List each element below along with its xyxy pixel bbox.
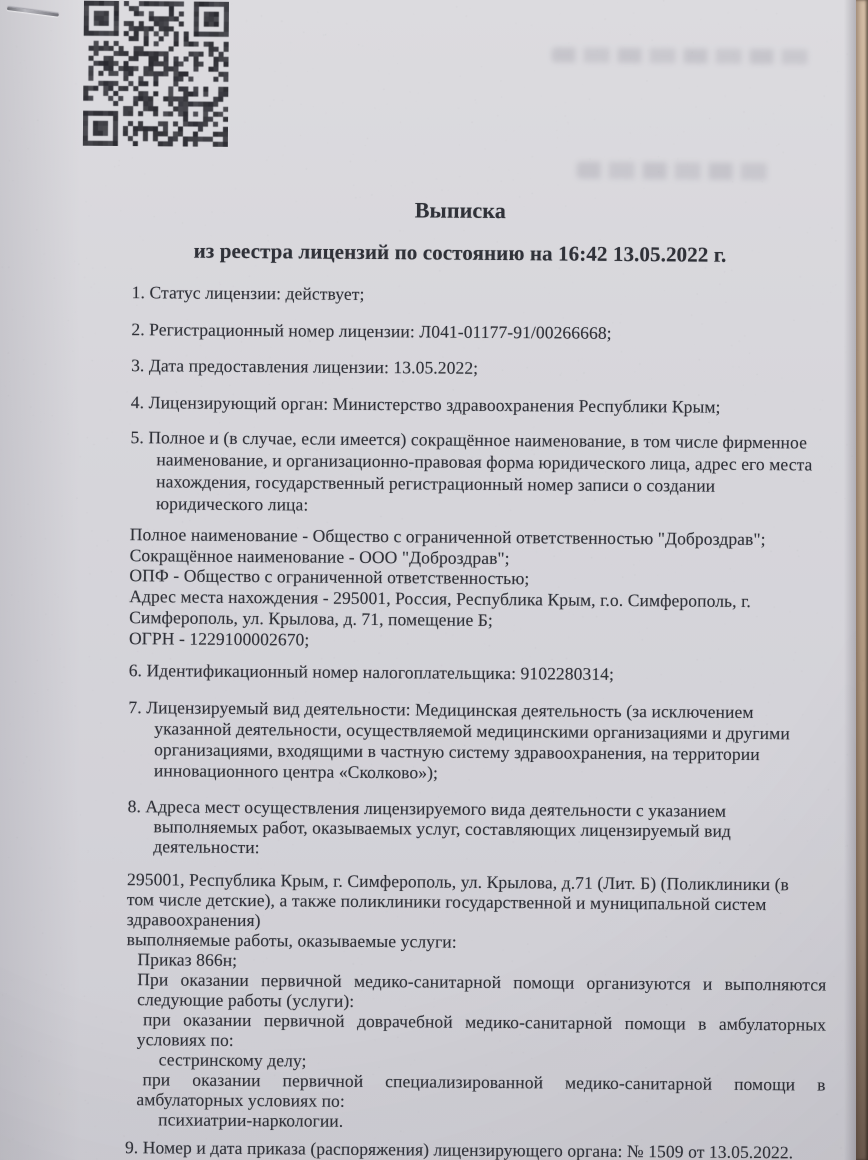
licensee-details: Полное наименование - Общество с огранич… [129,524,830,654]
activity-address: 295001, Республика Крым, г. Симферополь,… [127,869,827,934]
order-number-date: 9. Номер и дата приказа (распоряжения) л… [125,1137,825,1160]
document-title: Выписка [110,196,810,225]
taxpayer-id: 6. Идентификационный номер налогоплатель… [129,660,829,685]
licensing-authority: 4. Лицензирующий орган: Министерство здр… [131,392,831,417]
text-line: 2. Регистрационный номер лицензии: Л041-… [131,319,831,344]
text-line: ОГРН - 1229100002670; [129,628,829,654]
text-line: юридического лица: [130,492,830,519]
text-line: психиатрии-наркологии. [125,1109,825,1134]
specialized-care: при оказании первичной специализированно… [125,1069,825,1114]
staple [7,7,59,17]
text-line: 1. Статус лицензии: действует; [132,282,832,307]
licensee-names-heading: 5. Полное и (в случае, если имеется) сок… [130,426,831,519]
license-grant-date: 3. Дата предоставления лицензии: 13.05.2… [131,355,831,380]
primary-care-works: При оказании первичной медико-санитарной… [126,969,826,1014]
text-line: 4. Лицензирующий орган: Министерство здр… [131,392,831,417]
license-extract-document: Выписка из реестра лицензий по состоянию… [125,0,834,1160]
licensed-activity: 7. Лицензируемый вид деятельности: Медиц… [128,697,829,786]
license-reg-number: 2. Регистрационный номер лицензии: Л041-… [131,319,831,344]
text-line: 3. Дата предоставления лицензии: 13.05.2… [131,355,831,380]
pre-medical-care: при оказании первичной доврачебной медик… [126,1009,826,1054]
paper-sheet: Выписка из реестра лицензий по состоянию… [0,0,868,1160]
photo-tilt-wrapper: Выписка из реестра лицензий по состоянию… [0,0,868,1160]
license-status: 1. Статус лицензии: действует; [132,282,832,307]
document-subtitle: из реестра лицензий по состоянию на 16:4… [110,238,810,267]
desk-surface-edge [856,0,868,1160]
psychiatry-narcology-item: психиатрии-наркологии. [125,1109,825,1134]
text-line: 6. Идентификационный номер налогоплатель… [129,660,829,685]
text-line: 9. Номер и дата приказа (распоряжения) л… [125,1137,825,1160]
activity-addresses-heading: 8. Адреса мест осуществления лицензируем… [127,796,827,861]
paper-edge-shadow [844,0,856,1160]
